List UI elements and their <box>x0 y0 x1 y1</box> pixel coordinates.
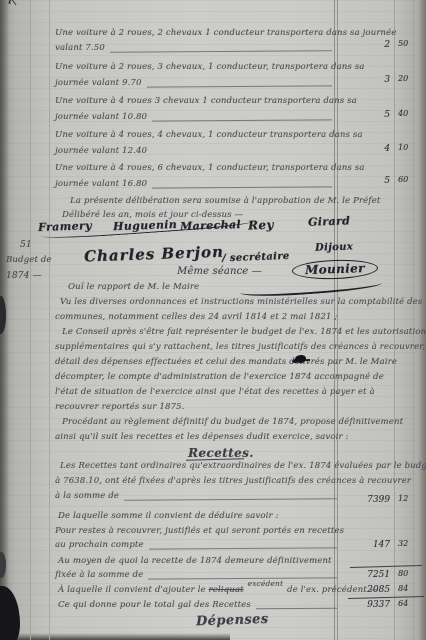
amount-francs: 2085 <box>350 585 393 595</box>
filler-rule <box>149 547 337 549</box>
amount-centimes: 20 <box>393 74 422 84</box>
amount-centimes: 50 <box>393 39 422 49</box>
amount-francs: 3 <box>350 75 393 85</box>
recettes-text: Ce qui donne pour le total gal des Recet… <box>58 601 251 611</box>
column-rule <box>422 0 423 640</box>
amount-francs: 5 <box>350 176 393 186</box>
amount-centimes: 40 <box>393 109 422 119</box>
column-rule <box>49 0 50 640</box>
inserted-word: excédent <box>248 579 284 588</box>
signature: Dijoux <box>315 241 353 253</box>
amount-centimes: 84 <box>393 584 422 594</box>
recettes-line: à 7638.10, ont été fixées d'après les ti… <box>55 477 411 487</box>
body-line: Procédant au règlement définitif du budg… <box>62 418 403 428</box>
body-line: l'état de situation de l'exercice ainsi … <box>55 388 375 398</box>
filler-rule <box>124 498 337 500</box>
recettes-line: Les Recettes tant ordinaires qu'extraord… <box>60 462 426 472</box>
session-header: Même séance — <box>177 266 262 278</box>
recettes-text: fixée à la somme de <box>55 571 143 581</box>
amount-centimes: 80 <box>393 569 422 579</box>
entry-text: journée valant 10.80 <box>55 113 147 123</box>
body-line: recouvrer reportés sur 1875. <box>55 403 184 413</box>
entry-line: Une voiture à 4 roues, 6 chevaux, 1 cond… <box>55 164 365 174</box>
amount-centimes: 10 <box>393 143 422 153</box>
amount-francs: 4 <box>350 144 393 154</box>
amount-francs: 9337 <box>350 600 393 610</box>
amount: 250 <box>350 40 422 50</box>
entry-line: Une voiture à 2 roues, 2 chevaux 1 condu… <box>55 29 396 39</box>
amount: 540 <box>350 110 422 120</box>
entry-line: valant 7.50 <box>55 44 335 54</box>
entry-text: journée valant 16.80 <box>55 180 147 190</box>
filler-rule <box>148 577 337 579</box>
amount-francs: 2 <box>350 40 393 50</box>
section-header-depenses: Dépenses <box>196 612 269 630</box>
amount: 14732 <box>350 540 422 550</box>
amount-centimes: 32 <box>393 539 422 549</box>
amount: 410 <box>350 144 422 154</box>
filler-rule <box>147 85 332 87</box>
entry-text: valant 7.50 <box>55 44 105 54</box>
entry-line: Une voiture à 2 roues, 3 chevaux, 1 cond… <box>55 63 365 73</box>
amount-francs: 5 <box>350 110 393 120</box>
struck-word: reliquat <box>209 585 244 595</box>
amount-centimes: 64 <box>393 599 422 609</box>
recettes-line: De laquelle somme il convient de déduire… <box>58 512 279 522</box>
body-line: Le Conseil après s'être fait représenter… <box>62 328 426 338</box>
entry-line: Une voiture à 4 roues, 4 chevaux, 1 cond… <box>55 131 363 141</box>
amount: 933764 <box>350 600 422 610</box>
margin-note-line: 1874 — <box>6 271 42 281</box>
signature-oval: Mounier <box>292 259 378 281</box>
amount-centimes: 12 <box>393 494 422 504</box>
signature-swash <box>240 277 382 299</box>
body-line: supplémentaires qui s'y rattachent, les … <box>55 343 426 353</box>
signature: Mounier <box>292 259 378 281</box>
signature: Charles Berjon <box>84 243 224 266</box>
filler-rule <box>256 607 337 609</box>
amount: 560 <box>350 176 422 186</box>
entry-line: journée valant 10.80 <box>55 113 335 123</box>
corner-blob-bottom-left <box>0 586 20 640</box>
filler-rule <box>152 119 332 121</box>
amount: 739912 <box>350 495 422 505</box>
amount: 725180 <box>350 570 422 580</box>
filler-rule <box>152 186 332 188</box>
recettes-line: Pour restes à recouvrer, justifiés et qu… <box>55 527 344 537</box>
recettes-text: à la somme de <box>55 492 119 502</box>
amount-francs: 147 <box>350 540 393 550</box>
body-line: ainsi qu'il suit les recettes et les dép… <box>55 433 349 443</box>
body-line: Ouï le rapport de M. le Maire <box>68 283 199 293</box>
margin-note-line: Budget de <box>6 256 52 266</box>
entry-line: journée valant 9.70 <box>55 79 335 89</box>
amount-francs: 7251 <box>350 570 393 580</box>
column-rule <box>30 0 31 640</box>
page-edge-bottom <box>0 633 230 640</box>
body-line: Vu les diverses ordonnances et instructi… <box>60 298 422 308</box>
signature: Girard <box>308 214 351 228</box>
filler-rule <box>110 50 332 53</box>
entry-line: Une voiture à 4 roues 3 chevaux 1 conduc… <box>55 97 357 107</box>
ink-blot <box>295 355 306 363</box>
closing-line: La présente délibération sera soumise à … <box>70 197 380 207</box>
signature: / secrétaire <box>222 251 290 264</box>
recettes-line: au prochain compte <box>55 541 340 551</box>
amount-francs: 7399 <box>350 495 393 505</box>
margin-note-number: 51 <box>20 240 32 250</box>
body-line: décompter, le compte d'administration de… <box>55 373 384 383</box>
recettes-line: À laquelle il convient d'ajouter le reli… <box>58 586 378 596</box>
entry-line: journée valant 12.40 <box>55 147 147 157</box>
recettes-text: au prochain compte <box>55 541 144 551</box>
body-line: communes, notamment celles des 24 avril … <box>55 313 337 323</box>
entry-text: journée valant 9.70 <box>55 79 142 89</box>
total-rule <box>350 565 422 568</box>
recettes-line: Au moyen de quoi la recette de 1874 deme… <box>58 557 332 567</box>
recettes-line: Ce qui donne pour le total gal des Recet… <box>58 601 340 611</box>
entry-line: journée valant 16.80 <box>55 180 335 190</box>
recettes-line: à la somme de <box>55 492 340 502</box>
recettes-text: À laquelle il convient d'ajouter le <box>58 585 206 595</box>
amount: 208584 <box>350 585 422 595</box>
amount: 320 <box>350 75 422 85</box>
body-line: détail des dépenses effectuées et celui … <box>55 358 397 368</box>
recettes-line: fixée à la somme de <box>55 571 340 581</box>
amount-centimes: 60 <box>393 175 422 185</box>
manuscript-page: 774 Une voiture à 2 roues, 2 chevaux 1 c… <box>0 0 426 640</box>
